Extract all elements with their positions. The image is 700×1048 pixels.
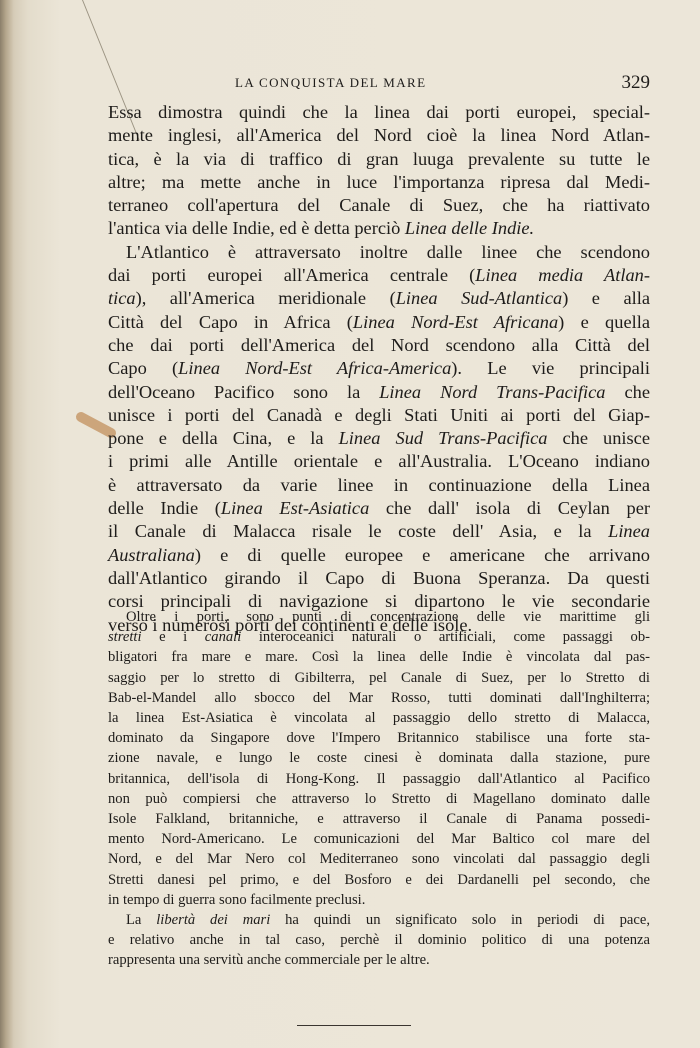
text-line: i primi alle Antille orientale e all'Aus… xyxy=(108,450,650,473)
text-line: Nord, e del Mar Nero col Mediterraneo so… xyxy=(108,849,650,869)
text-line: tica), all'America meridionale (Linea Su… xyxy=(108,287,650,310)
running-title: LA CONQUISTA DEL MARE xyxy=(235,75,426,91)
text-line: stretti e i canali interoceanici natural… xyxy=(108,627,650,647)
main-paragraphs: Essa dimostra quindi che la linea dai po… xyxy=(108,101,650,637)
text-line: dai porti europei all'America centrale (… xyxy=(108,264,650,287)
text-line: dominato da Singapore dove l'Impero Brit… xyxy=(108,728,650,748)
text-line: Bab-el-Mandel allo sbocco del Mar Rosso,… xyxy=(108,688,650,708)
text-line: tica, è la via di traffico di gran luuga… xyxy=(108,148,650,171)
text-line: bligatori fra mare e mare. Così la linea… xyxy=(108,647,650,667)
text-line: il Canale di Malacca risale le coste del… xyxy=(108,520,650,543)
text-line: dell'Oceano Pacifico sono la Linea Nord … xyxy=(108,381,650,404)
text-line: mento Nord-Americano. Le comunicazioni d… xyxy=(108,829,650,849)
text-line: Capo (Linea Nord-Est Africa-America). Le… xyxy=(108,357,650,380)
text-line: dall'Atlantico girando il Capo di Buona … xyxy=(108,567,650,590)
text-line: delle Indie (Linea Est-Asiatica che dall… xyxy=(108,497,650,520)
text-line: che dai porti dell'America del Nord scen… xyxy=(108,334,650,357)
text-line: Isole Falkland, britanniche, e attravers… xyxy=(108,809,650,829)
text-line: Essa dimostra quindi che la linea dai po… xyxy=(108,101,650,124)
text-line: Oltre i porti, sono punti di concentrazi… xyxy=(108,607,650,627)
page-number: 329 xyxy=(622,72,651,94)
text-line: britannica, dell'isola di Hong-Kong. Il … xyxy=(108,769,650,789)
section-end-rule xyxy=(297,1025,411,1026)
text-line: saggio per lo stretto di Gibilterra, pel… xyxy=(108,668,650,688)
text-line: l'antica via delle Indie, ed è detta per… xyxy=(108,217,650,240)
text-line: zione navale, e lungo le coste cinesi è … xyxy=(108,748,650,768)
book-page: LA CONQUISTA DEL MARE 329 Essa dimostra … xyxy=(0,0,700,1048)
text-line: pone e della Cina, e la Linea Sud Trans-… xyxy=(108,427,650,450)
text-line: e relativo anche in tal caso, perchè il … xyxy=(108,930,650,950)
text-line: La libertà dei mari ha quindi un signifi… xyxy=(108,910,650,930)
text-line: Città del Capo in Africa (Linea Nord-Est… xyxy=(108,311,650,334)
text-line: L'Atlantico è attraversato inoltre dalle… xyxy=(108,241,650,264)
text-line: Stretti danesi pel primo, e del Bosforo … xyxy=(108,870,650,890)
text-line: Australiana) e di quelle europee e ameri… xyxy=(108,544,650,567)
small-print-paragraphs: Oltre i porti, sono punti di concentrazi… xyxy=(108,607,650,971)
text-line: la linea Est-Asiatica è vincolata al pas… xyxy=(108,708,650,728)
text-line: mente inglesi, all'America del Nord cioè… xyxy=(108,124,650,147)
page-header: LA CONQUISTA DEL MARE 329 xyxy=(110,72,650,96)
text-line: in tempo di guerra sono facilmente precl… xyxy=(108,890,650,910)
text-line: rappresenta una servitù anche commercial… xyxy=(108,950,650,970)
text-line: non può compiersi che attraverso lo Stre… xyxy=(108,789,650,809)
text-line: è attraversato da varie linee in continu… xyxy=(108,474,650,497)
text-line: terraneo coll'apertura del Canale di Sue… xyxy=(108,194,650,217)
text-line: unisce i porti del Canadà e degli Stati … xyxy=(108,404,650,427)
text-line: altre; ma mette anche in luce l'importan… xyxy=(108,171,650,194)
